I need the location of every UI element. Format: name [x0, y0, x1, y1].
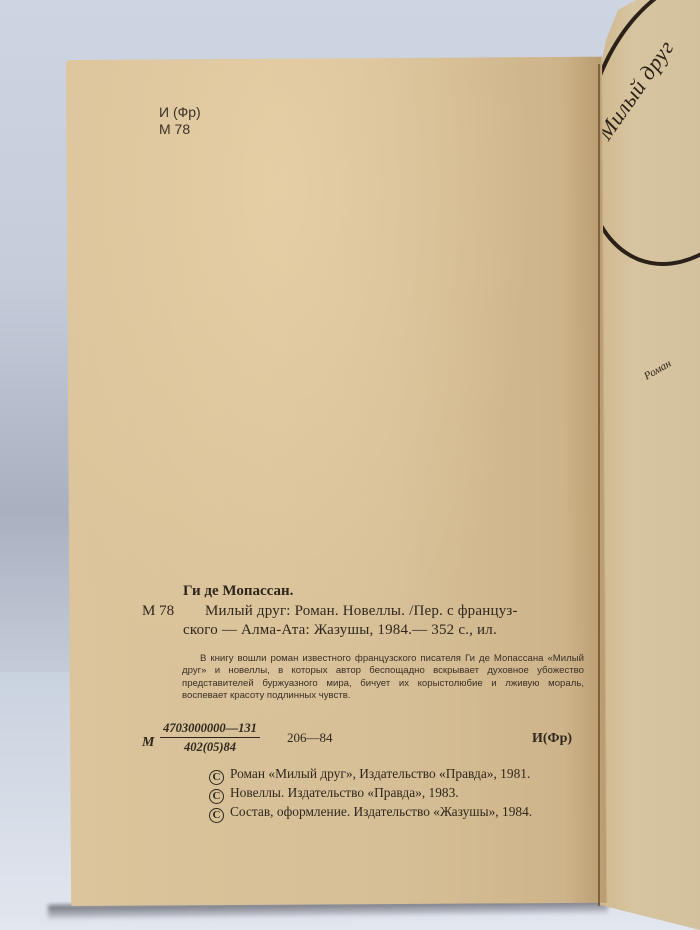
index-numerator: 4703000000—131: [160, 721, 260, 738]
index-denominator: 402(05)84: [160, 738, 260, 755]
bibliographic-line: ского — Алма-Ата: Жазушы, 1984.— 352 с.,…: [183, 622, 497, 639]
copyright-icon: C: [209, 770, 224, 785]
copyright-line: CРоман «Милый друг», Издательство «Правд…: [209, 766, 530, 785]
classification-line: М 78: [159, 121, 201, 138]
index-letter: М: [142, 735, 154, 751]
copyright-icon: C: [209, 789, 224, 804]
copyright-line: CНовеллы. Издательство «Правда», 1983.: [209, 785, 459, 804]
classification-code-top: И (Фр) М 78: [159, 104, 201, 138]
photo-scene: { "left_page": { "classification_top": […: [0, 0, 700, 930]
index-right: И(Фр): [532, 731, 572, 747]
page-gutter: [598, 64, 600, 906]
index-middle: 206—84: [287, 730, 333, 746]
call-code: М 78: [142, 603, 174, 620]
author-name: Ги де Мопассан.: [183, 583, 293, 600]
copyright-text: Состав, оформление. Издательство «Жазушы…: [230, 804, 532, 819]
index-fraction: 4703000000—131 402(05)84: [160, 721, 260, 755]
classification-line: И (Фр): [159, 104, 201, 121]
copyright-icon: C: [209, 808, 224, 823]
copyright-text: Роман «Милый друг», Издательство «Правда…: [230, 766, 530, 781]
bibliographic-line: Милый друг: Роман. Новеллы. /Пер. с фран…: [205, 603, 518, 620]
copyright-line: CСостав, оформление. Издательство «Жазуш…: [209, 804, 532, 823]
book-abstract: В книгу вошли роман известного французск…: [182, 653, 584, 703]
copyright-text: Новеллы. Издательство «Правда», 1983.: [230, 785, 459, 800]
